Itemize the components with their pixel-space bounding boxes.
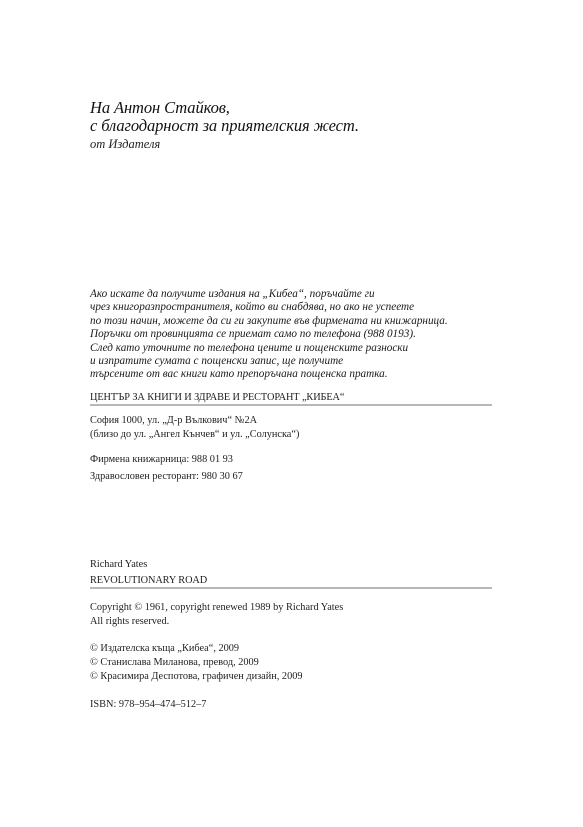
address-line-2: (близо до ул. „Ангел Кънчев“ и ул. „Солу…	[90, 428, 299, 441]
address-line-1: София 1000, ул. „Д-р Вълкович“ №2А	[90, 414, 257, 427]
bookstore-phone: Фирмена книжарница: 988 01 93	[90, 453, 233, 466]
dedication-from: от Издателя	[90, 137, 160, 151]
dedication-line-2: с благодарност за приятелския жест.	[90, 117, 359, 135]
ordering-note-line: търсените от вас книги като препоръчана …	[90, 368, 448, 381]
ordering-note-line: и изпратите сумата с пощенски запис, ще …	[90, 355, 448, 368]
ordering-note-line: След като уточните по телефона цените и …	[90, 342, 448, 355]
restaurant-phone: Здравословен ресторант: 980 30 67	[90, 470, 243, 483]
copyright-original-line-1: Copyright © 1961, copyright renewed 1989…	[90, 601, 343, 614]
copyright-page: На Антон Стайков, с благодарност за прия…	[0, 0, 583, 827]
dedication-line-1: На Антон Стайков,	[90, 99, 230, 117]
ordering-note-line: Ако искате да получите издания на „Кибеа…	[90, 288, 448, 301]
copyright-bg-line-2: © Станислава Миланова, превод, 2009	[90, 656, 259, 669]
center-heading: ЦЕНТЪР ЗА КНИГИ И ЗДРАВЕ И РЕСТОРАНТ „КИ…	[90, 392, 344, 404]
divider-rule	[90, 404, 492, 406]
ordering-note-line: Поръчки от провинцията се приемат само п…	[90, 328, 448, 341]
divider-rule	[90, 587, 492, 589]
copyright-original-line-2: All rights reserved.	[90, 615, 169, 628]
original-title: REVOLUTIONARY ROAD	[90, 575, 207, 587]
ordering-note-line: по този начин, можете да си ги закупите …	[90, 315, 448, 328]
isbn: ISBN: 978–954–474–512–7	[90, 698, 206, 711]
ordering-note-line: чрез книгоразпространителя, който ви сна…	[90, 301, 448, 314]
original-author: Richard Yates	[90, 558, 147, 571]
copyright-bg-line-1: © Издателска къща „Кибеа“, 2009	[90, 642, 239, 655]
copyright-bg-line-3: © Красимира Деспотова, графичен дизайн, …	[90, 670, 303, 683]
ordering-note: Ако искате да получите издания на „Кибеа…	[90, 288, 448, 382]
